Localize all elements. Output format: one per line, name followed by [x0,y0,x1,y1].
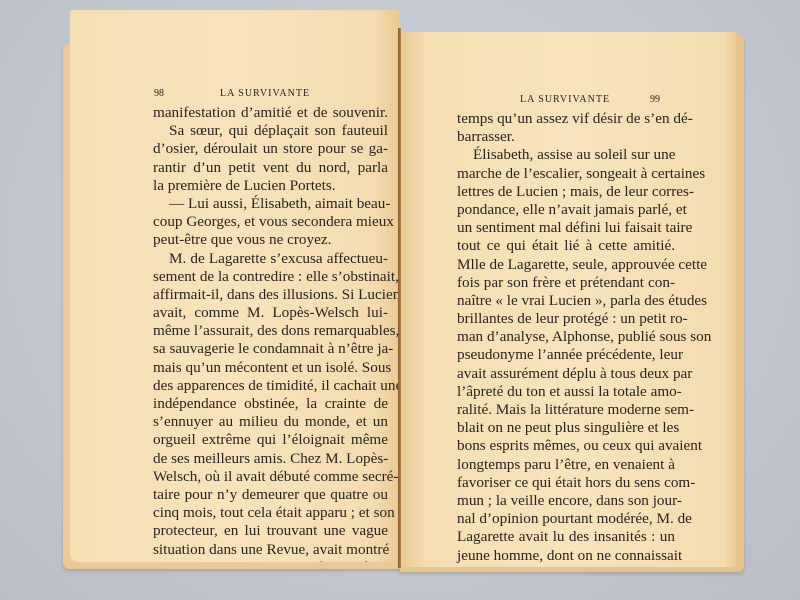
text-line: pondance, elle n’avait jamais parlé, et [457,201,675,219]
text-line: un sentiment mal défini lui faisait tair… [457,219,675,237]
text-line: Élisabeth, assise au soleil sur une [457,146,675,164]
text-line: situation dans une Revue, avait montré [153,541,388,559]
text-line: tout ce qui était lié à cette amitié. [457,237,675,255]
text-line: fois par son frère et prétendant con- [457,274,675,292]
right-page-number: 99 [650,94,660,105]
text-line: indépendance obstinée, la crainte de [153,395,388,413]
left-page-number: 98 [154,88,164,99]
text-line: mun ; la veille encore, dans son jour- [457,492,675,510]
text-line: peut-être que vous ne croyez. [153,231,388,249]
left-page: 98 LA SURVIVANTE manifestation d’amitié … [70,10,400,562]
right-page: LA SURVIVANTE 99 temps qu’un assez vif d… [400,32,738,567]
text-line: M. de Lagarette s’excusa affectueu- [153,250,388,268]
text-line: Welsch, où il avait débuté comme secré- [153,468,388,486]
text-line: mais qu’un mécontent et un isolé. Sous [153,359,388,377]
text-line: Mlle de Lagarette, seule, approuvée cett… [457,256,675,274]
text-line: favoriser ce qui était hors du sens com- [457,474,675,492]
text-line: jeune homme, dont on ne connaissait [457,547,675,565]
text-line: Sa sœur, qui déplaçait son fauteuil [153,122,388,140]
text-line: la plus grande longanimité en même [153,559,388,562]
text-line: de ses meilleurs amis. Chez M. Lopès- [153,450,388,468]
text-line: cinq mois, tout cela était apparu ; et s… [153,504,388,522]
right-running-head: LA SURVIVANTE [520,94,610,105]
text-line: protecteur, en lui trouvant une vague [153,522,388,540]
text-line: pas même le nom, était appelé un nou- [457,565,675,567]
right-page-text: temps qu’un assez vif désir de s’en dé- … [457,110,675,567]
text-line: blait on ne peut plus singulière et les [457,419,675,437]
text-line: ralité. Mais la littérature moderne sem- [457,401,675,419]
text-line: — Lui aussi, Élisabeth, aimait beau- [153,195,388,213]
text-line: rantir d’un petit vent du nord, parla [153,159,388,177]
left-running-head: LA SURVIVANTE [220,88,310,99]
text-line: avait assurément déplu à tous deux par [457,365,675,383]
text-line: manifestation d’amitié et de souvenir. [153,104,388,122]
text-line: avait, comme M. Lopès-Welsch lui- [153,304,388,322]
text-line: orgueil extrême qui l’éloignait même [153,431,388,449]
text-line: des apparences de timidité, il cachait u… [153,377,388,395]
text-line: marche de l’escalier, songeait à certain… [457,165,675,183]
left-page-text: manifestation d’amitié et de souvenir. S… [153,104,388,562]
text-line: Lagarette avait lu des insanités : un [457,528,675,546]
text-line: pseudonyme l’année précédente, leur [457,346,675,364]
text-line: coup Georges, et vous secondera mieux [153,213,388,231]
text-line: barrasser. [457,128,675,146]
text-line: naître « le vrai Lucien », parla des étu… [457,292,675,310]
text-line: bons esprits mêmes, ou ceux qui avaient [457,437,675,455]
text-line: d’osier, déroulait un store pour se ga- [153,140,388,158]
text-line: man d’analyse, Alphonse, publié sous son [457,328,675,346]
text-line: lettres de Lucien ; mais, de leur corres… [457,183,675,201]
text-line: même l’assurait, des dons remarquables, [153,322,388,340]
text-line: s’ennuyer au milieu du monde, et un [153,413,388,431]
text-line: nal d’opinion pourtant modérée, M. de [457,510,675,528]
text-line: temps qu’un assez vif désir de s’en dé- [457,110,675,128]
text-line: la première de Lucien Portets. [153,177,388,195]
text-line: sa sauvagerie le condamnait à n’être ja- [153,340,388,358]
book-gutter [398,28,401,568]
text-line: sement de la contredire : elle s’obstina… [153,268,388,286]
open-book: 98 LA SURVIVANTE manifestation d’amitié … [0,0,800,600]
text-line: brillantes de leur protégé : un petit ro… [457,310,675,328]
text-line: l’âpreté du ton et aussi la totale amo- [457,383,675,401]
text-line: longtemps paru l’être, en venaient à [457,456,675,474]
text-line: affirmait-il, dans des illusions. Si Luc… [153,286,388,304]
text-line: taire pour n’y demeurer que quatre ou [153,486,388,504]
